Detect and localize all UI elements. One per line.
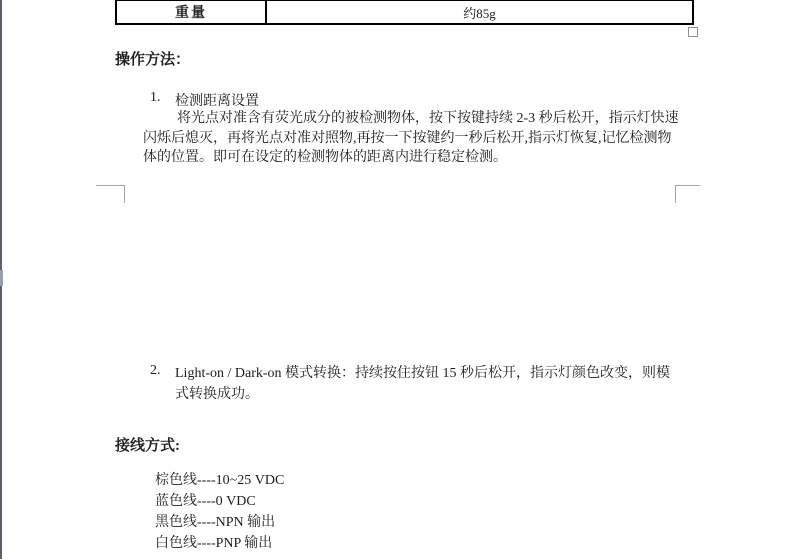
spec-table-value-cell: 约85g [267, 1, 692, 23]
item-2-line-2: 式转换成功。 [175, 384, 687, 405]
spec-table-label-cell: 重量 [117, 1, 267, 23]
wiring-line-brown: 棕色线----10~25 VDC [155, 470, 284, 491]
operation-method-heading: 操作方法： [115, 48, 190, 69]
spec-table: 重量 约85g [115, 0, 694, 25]
paragraph-line-1: 将光点对准含有荧光成分的被检测物体，按下按键持续 2-3 秒后松开，指示灯快速 [143, 109, 688, 129]
document-page: 重量 约85g 操作方法： 1. 检测距离设置 将光点对准含有荧光成分的被检测物… [0, 0, 795, 559]
wiring-line-blue: 蓝色线----0 VDC [155, 491, 284, 512]
list-item-1-number: 1. [150, 90, 161, 106]
wiring-method-heading: 接线方式: [115, 434, 180, 455]
list-item-1-paragraph: 将光点对准含有荧光成分的被检测物体，按下按键持续 2-3 秒后松开，指示灯快速 … [143, 109, 688, 168]
list-item-2-number: 2. [150, 363, 161, 379]
paragraph-line-3: 体的位置。即可在设定的检测物体的距离内进行稳定检测。 [143, 148, 688, 168]
table-resize-handle[interactable] [688, 27, 698, 37]
list-item-1-title: 检测距离设置 [175, 90, 259, 110]
list-item-2-paragraph: Light-on / Dark-on 模式转换：持续按住按钮 15 秒后松开，指… [175, 363, 687, 405]
item-2-line-1: Light-on / Dark-on 模式转换：持续按住按钮 15 秒后松开，指… [175, 363, 687, 384]
text-boundary-mark-left [96, 185, 125, 203]
wiring-line-white: 白色线----PNP 输出 [155, 533, 284, 554]
text-boundary-mark-right [675, 185, 700, 203]
wiring-list: 棕色线----10~25 VDC 蓝色线----0 VDC 黑色线----NPN… [155, 470, 284, 554]
wiring-line-black: 黑色线----NPN 输出 [155, 512, 284, 533]
window-edge-notch [0, 270, 3, 286]
paragraph-line-2: 闪烁后熄灭，再将光点对准对照物,再按一下按键约一秒后松开,指示灯恢复,记忆检测物 [143, 129, 688, 149]
